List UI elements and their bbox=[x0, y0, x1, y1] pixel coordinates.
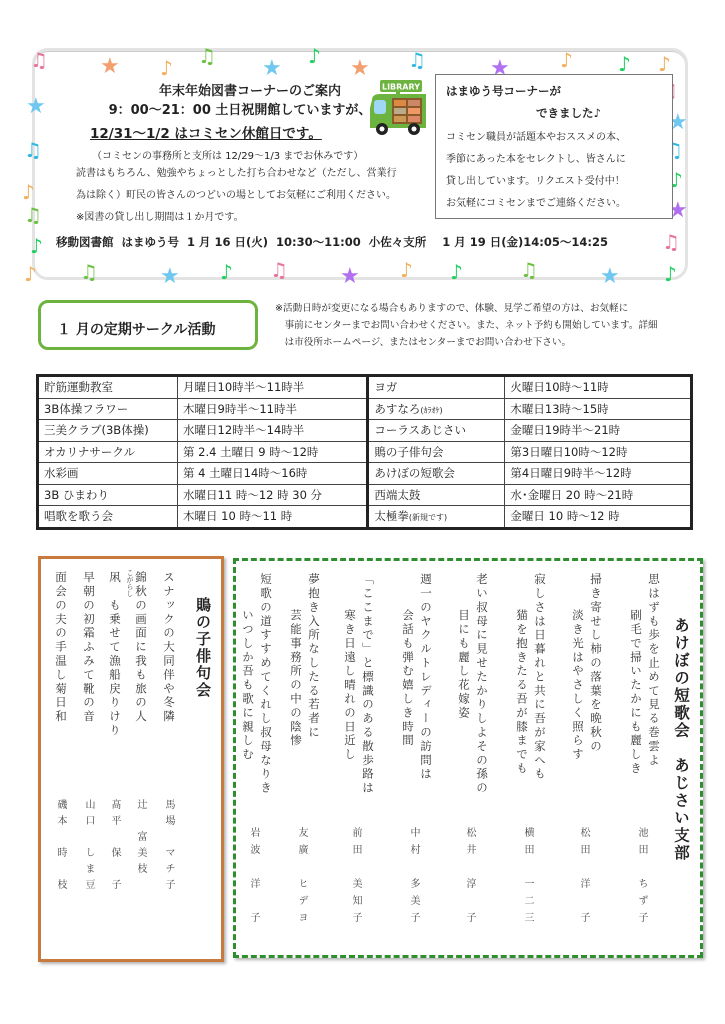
library-bus-icon: LIBRARY bbox=[368, 78, 430, 138]
tanka-author: 友廣 ヒデヨ bbox=[296, 827, 307, 929]
hamayu-body-line: コミセン職員が話題本やおススメの本、 bbox=[446, 127, 671, 149]
star-icon: ★ bbox=[340, 266, 360, 288]
tanka-line-1: 思はずも歩を止めて見る巻雲よ bbox=[646, 573, 662, 768]
hamayu-corner-box: はまゆう号コーナーが できました♪ コミセン職員が話題本やおススメの本、 季節に… bbox=[435, 74, 673, 219]
circle-time: 金曜日19時半～21時 bbox=[505, 420, 692, 442]
circle-time: 水曜日11 時～12 時 30 分 bbox=[178, 484, 368, 506]
tanka-line-1: 寂しさは日暮れと共に吾が家へも bbox=[532, 573, 548, 782]
music-note-icon: ♫ bbox=[80, 262, 98, 282]
music-note-icon: ♪ bbox=[450, 262, 463, 282]
circle-time: 水･金曜日 20 時～21時 bbox=[505, 484, 692, 506]
tanka-line-2: いつしか吾も歌に親しむ bbox=[240, 609, 256, 762]
circle-name: 西端太鼓 bbox=[368, 484, 505, 506]
circle-name-text: あすなろ bbox=[374, 402, 420, 416]
music-note-icon: ♫ bbox=[198, 46, 216, 66]
circle-time: 火曜日10時～11時 bbox=[505, 376, 692, 399]
note-line: 事前にセンターまでお問い合わせください。また、ネット予約も開始しています。詳細 bbox=[275, 317, 705, 334]
circle-heading-text: １ 月の定期サークル活動 bbox=[57, 319, 215, 339]
music-note-icon: ♫ bbox=[270, 260, 288, 280]
circle-name: 3B ひまわり bbox=[38, 484, 178, 506]
tanka-line-2: 会話も弾む嬉しき時間 bbox=[400, 609, 416, 748]
circle-activities-note: ※活動日時が変更になる場合もありますので、体験、見学ご希望の方は、お気軽に 事前… bbox=[275, 300, 705, 351]
music-note-icon: ♪ bbox=[24, 264, 37, 284]
svg-text:LIBRARY: LIBRARY bbox=[382, 83, 420, 92]
circle-name-note: (新規です) bbox=[409, 513, 447, 522]
music-note-icon: ♫ bbox=[30, 50, 48, 70]
star-icon: ★ bbox=[262, 58, 282, 80]
star-icon: ★ bbox=[100, 56, 120, 78]
tanka-author: 岩波 洋 子 bbox=[248, 827, 259, 929]
hamayu-body-line: 季節にあった本をセレクトし、皆さんに bbox=[446, 149, 671, 171]
circle-time: 木曜日13時～15時 bbox=[505, 398, 692, 420]
tanka-author: 松田 洋 子 bbox=[578, 827, 589, 929]
haiku-poem: 凩 も乗せて漁船戻りけり bbox=[107, 571, 123, 738]
tanka-author: 中村 多美子 bbox=[408, 827, 419, 929]
haiku-poem: スナックの大同伴や冬隣 bbox=[161, 571, 177, 724]
star-icon: ★ bbox=[160, 266, 180, 288]
music-note-icon: ♫ bbox=[520, 260, 538, 280]
circle-name: 貯筋運動教室 bbox=[38, 376, 178, 399]
notice-title: 年末年始図書コーナーのご案内 bbox=[115, 80, 385, 99]
music-note-icon: ♪ bbox=[664, 264, 677, 284]
circle-name: あけぼの短歌会 bbox=[368, 463, 505, 485]
schedule-row: 3B体操フラワー木曜日9時半～11時半あすなろ(ｶﾗｵｹ)木曜日13時～15時 bbox=[38, 398, 692, 420]
circle-name: 太極拳(新規です) bbox=[368, 506, 505, 529]
tanka-panel: あけぼの短歌会 あじさい支部 思はずも歩を止めて見る巻雲よ刷毛で掃いたかにも麗し… bbox=[233, 558, 703, 958]
circle-time: 第 4 土曜日14時～16時 bbox=[178, 463, 368, 485]
music-note-icon: ♪ bbox=[22, 182, 35, 202]
tanka-line-2: 猫を抱きたる吾が膝までも bbox=[514, 609, 530, 776]
notice-closed-days: 12/31～1/2 はコミセン休館日です。 bbox=[90, 122, 322, 142]
circle-time: 第3日曜日10時～12時 bbox=[505, 441, 692, 463]
circle-schedule-table: 貯筋運動教室月曜日10時半～11時半ヨガ火曜日10時～11時3B体操フラワー木曜… bbox=[36, 374, 693, 530]
circle-activities-heading: １ 月の定期サークル活動 bbox=[38, 300, 258, 350]
hamayu-body-line: 貸し出しています。リクエスト受付中！ bbox=[446, 171, 671, 193]
notice-office-note: （コミセンの事務所と支所は 12/29～1/3 までお休みです） bbox=[92, 147, 363, 162]
tanka-line-1: 老い叔母に見せたかりしよその孫の bbox=[474, 573, 490, 795]
tanka-line-2: 刷毛で掃いたかにも麗しき bbox=[628, 609, 644, 776]
tanka-line-1: 掃き寄せし柿の落葉を晩秋の bbox=[588, 573, 604, 754]
tanka-line-2: 目にも麗し花嫁姿 bbox=[456, 609, 472, 720]
circle-name-text: ヨガ bbox=[374, 380, 397, 394]
circle-name: ヨガ bbox=[368, 376, 505, 399]
haiku-panel: 鵙の子俳句会 スナックの大同伴や冬隣馬場 マチ子錦秋の画面に我も旅の人辻 富美枝… bbox=[38, 556, 224, 962]
note-line: は市役所ホームページ、またはセンターまでお問い合わせ下さい。 bbox=[275, 334, 705, 351]
circle-time: 金曜日 10 時～12 時 bbox=[505, 506, 692, 529]
haiku-ruby: こがらし bbox=[125, 569, 135, 597]
haiku-author: 辻 富美枝 bbox=[135, 799, 146, 879]
circle-time: 木曜日 10 時～11 時 bbox=[178, 506, 368, 529]
notice-body: 読書はもちろん、勉強やちょっとした打ち合わせなど（ただし、営業行 為は除く）町民… bbox=[76, 163, 436, 229]
mobile-library-schedule: 移動図書館 はまゆう号 1 月 16 日(火) 10:30～11:00 小佐々支… bbox=[56, 234, 608, 250]
music-note-icon: ♪ bbox=[400, 260, 413, 280]
haiku-title: 鵙の子俳句会 bbox=[193, 597, 214, 699]
tanka-line-2: 芸能事務所の中の陰惨 bbox=[288, 609, 304, 748]
star-icon: ★ bbox=[26, 96, 46, 118]
note-line: ※活動日時が変更になる場合もありますので、体験、見学ご希望の方は、お気軽に bbox=[275, 300, 705, 317]
haiku-poem: 早朝の初霜ふみて靴の音 bbox=[81, 571, 97, 724]
circle-name: 鵙の子俳句会 bbox=[368, 441, 505, 463]
circle-time: 第4日曜日9時半～12時 bbox=[505, 463, 692, 485]
schedule-row: 唱歌を歌う会木曜日 10 時～11 時太極拳(新規です)金曜日 10 時～12 … bbox=[38, 506, 692, 529]
star-icon: ★ bbox=[350, 58, 370, 80]
notice-body-line: ※図書の貸し出し期間は１か月です。 bbox=[76, 207, 436, 229]
circle-name-note: (ｶﾗｵｹ) bbox=[420, 406, 442, 415]
hamayu-body: コミセン職員が話題本やおススメの本、 季節にあった本をセレクトし、皆さんに 貸し… bbox=[446, 127, 671, 215]
music-note-icon: ♪ bbox=[308, 46, 321, 66]
circle-name-text: コーラスあじさい bbox=[374, 423, 466, 437]
music-note-icon: ♪ bbox=[560, 50, 573, 70]
tanka-author: 横田 一二三 bbox=[522, 827, 533, 929]
music-note-icon: ♫ bbox=[24, 140, 42, 160]
circle-time: 水曜日12時半～14時半 bbox=[178, 420, 368, 442]
music-note-icon: ♫ bbox=[24, 205, 42, 225]
circle-name: あすなろ(ｶﾗｵｹ) bbox=[368, 398, 505, 420]
circle-name: オカリナサークル bbox=[38, 441, 178, 463]
circle-name: 唱歌を歌う会 bbox=[38, 506, 178, 529]
circle-name: 水彩画 bbox=[38, 463, 178, 485]
circle-name: 三美クラブ(3B体操) bbox=[38, 420, 178, 442]
tanka-line-1: 夢抱き入所なしたる若者に bbox=[306, 573, 322, 740]
tanka-line-2: 寒き日遠し晴れの日近し bbox=[342, 609, 358, 762]
circle-time: 月曜日10時半～11時半 bbox=[178, 376, 368, 399]
tanka-line-2: 淡き光はやさしく照らす bbox=[570, 609, 586, 762]
circle-name: コーラスあじさい bbox=[368, 420, 505, 442]
schedule-row: 貯筋運動教室月曜日10時半～11時半ヨガ火曜日10時～11時 bbox=[38, 376, 692, 399]
music-note-icon: ♪ bbox=[30, 236, 43, 256]
circle-name-text: 鵙の子俳句会 bbox=[374, 445, 443, 459]
schedule-row: オカリナサークル第 2.4 土曜日 9 時～12時鵙の子俳句会第3日曜日10時～… bbox=[38, 441, 692, 463]
notice-body-line: 為は除く）町民の皆さんのつどいの場としてお気軽にご利用ください。 bbox=[76, 185, 436, 207]
hamayu-title-continued: できました♪ bbox=[536, 105, 601, 121]
star-icon: ★ bbox=[600, 266, 620, 288]
schedule-row: 3B ひまわり水曜日11 時～12 時 30 分西端太鼓水･金曜日 20 時～2… bbox=[38, 484, 692, 506]
circle-name-text: 西端太鼓 bbox=[374, 488, 420, 502]
haiku-author: 山口 しま豆 bbox=[83, 799, 94, 895]
notice-hours: 9：00～21：00 土日祝開館していますが、 bbox=[90, 99, 390, 118]
hamayu-body-line: お気軽にコミセンまでご連絡ください。 bbox=[446, 193, 671, 215]
haiku-author: 磯本 時 枝 bbox=[55, 799, 66, 895]
tanka-line-1: 短歌の道すすめてくれし叔母なりき bbox=[258, 573, 274, 795]
haiku-poem: 錦秋の画面に我も旅の人 bbox=[133, 571, 149, 724]
hamayu-title: はまゆう号コーナーが bbox=[446, 83, 561, 99]
tanka-title: あけぼの短歌会 あじさい支部 bbox=[670, 617, 692, 862]
circle-time: 木曜日9時半～11時半 bbox=[178, 398, 368, 420]
circle-name: 3B体操フラワー bbox=[38, 398, 178, 420]
schedule-row: 水彩画第 4 土曜日14時～16時あけぼの短歌会第4日曜日9時半～12時 bbox=[38, 463, 692, 485]
tanka-author: 前田 美知子 bbox=[350, 827, 361, 929]
tanka-line-1: 「ここまで」と標識のある散歩路は bbox=[360, 573, 376, 795]
circle-name-text: あけぼの短歌会 bbox=[374, 466, 455, 480]
music-note-icon: ♪ bbox=[618, 54, 631, 74]
music-note-icon: ♫ bbox=[408, 50, 426, 70]
music-note-icon: ♪ bbox=[220, 262, 233, 282]
tanka-author: 松井 淳 子 bbox=[464, 827, 475, 929]
circle-name-text: 太極拳 bbox=[374, 509, 409, 523]
notice-body-line: 読書はもちろん、勉強やちょっとした打ち合わせなど（ただし、営業行 bbox=[76, 163, 436, 185]
music-note-icon: ♪ bbox=[160, 58, 173, 78]
schedule-row: 三美クラブ(3B体操)水曜日12時半～14時半コーラスあじさい金曜日19時半～2… bbox=[38, 420, 692, 442]
haiku-author: 馬場 マチ子 bbox=[163, 799, 174, 895]
tanka-author: 池田 ちず子 bbox=[636, 827, 647, 929]
haiku-poem: 面会の夫の手温し菊日和 bbox=[53, 571, 69, 724]
music-note-icon: ♫ bbox=[662, 232, 680, 252]
haiku-author: 髙平 保 子 bbox=[109, 799, 120, 895]
music-note-icon: ♪ bbox=[658, 54, 671, 74]
tanka-line-1: 週一のヤクルトレディーの訪問は bbox=[418, 573, 434, 782]
circle-time: 第 2.4 土曜日 9 時～12時 bbox=[178, 441, 368, 463]
